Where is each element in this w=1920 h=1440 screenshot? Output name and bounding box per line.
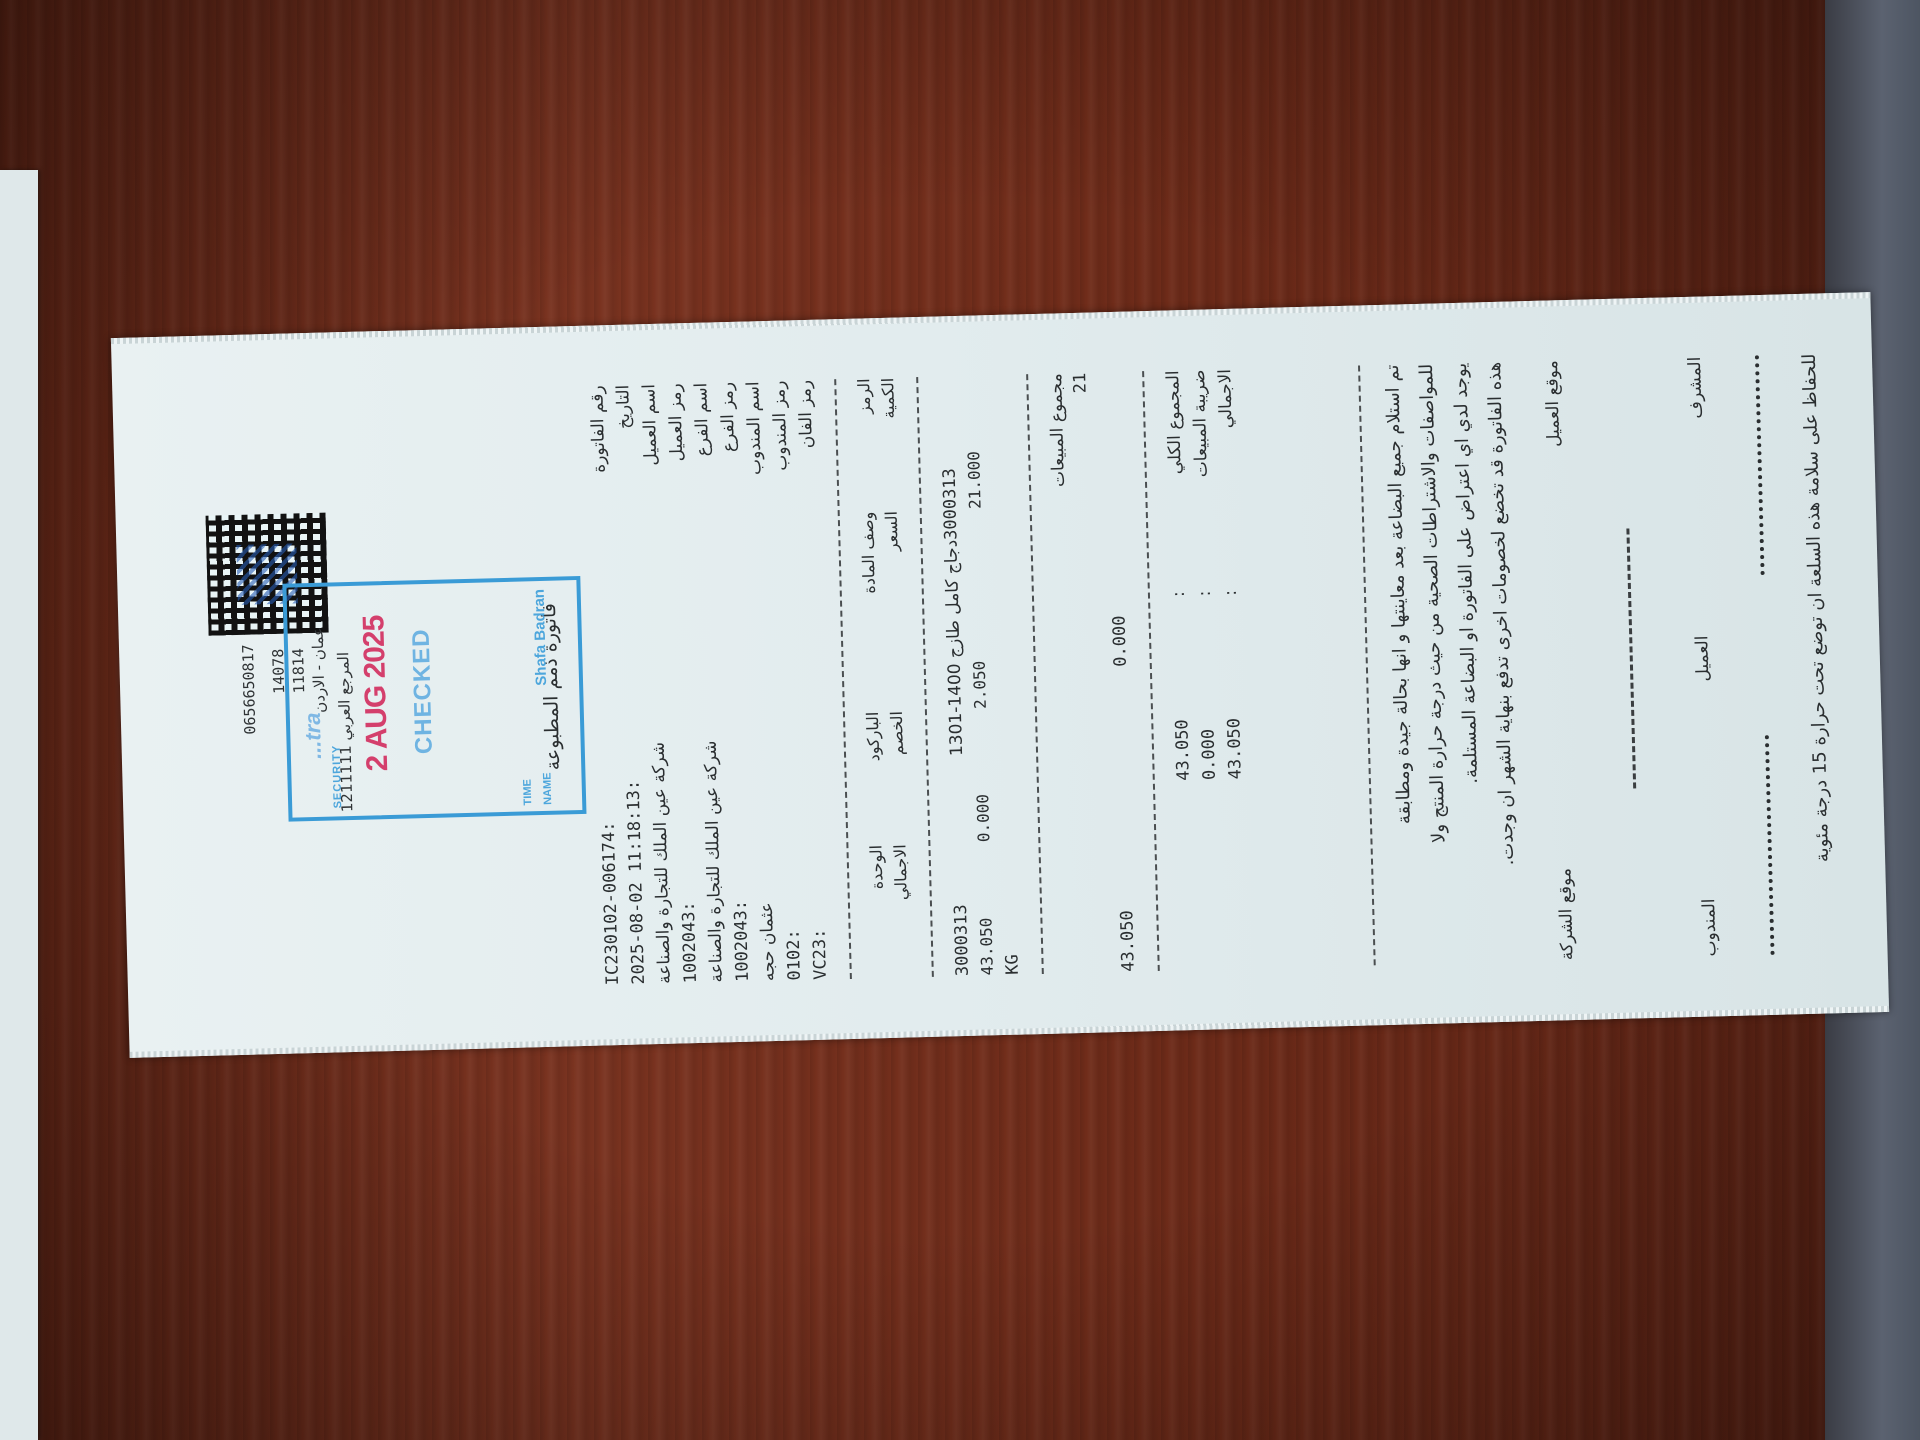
total-value: 43.050 (1167, 623, 1197, 782)
total-value: 0.000 (1193, 622, 1223, 781)
printed-number: 14078 (269, 648, 288, 694)
field-label: اسم العميل (636, 384, 664, 466)
adjacent-paper (0, 170, 38, 1440)
field-value: 1002043: (728, 900, 756, 983)
sig-customer: موقع العميل (1542, 360, 1564, 447)
summary-discount: 0.000 (1106, 615, 1133, 667)
field-label: رمز المندوب (766, 380, 794, 471)
field-label: اسم المندوب (740, 381, 768, 475)
summary-total: 43.050 (1114, 910, 1142, 972)
dotted-line (1755, 355, 1765, 575)
signature-roles: المشرف العميل المندوب (1685, 356, 1721, 956)
col-header: الكمية (876, 378, 903, 512)
col-header: الرمز (852, 378, 879, 512)
sig-client: العميل (1692, 635, 1713, 681)
stamp-name-value: Shafa Badran (531, 589, 551, 686)
total-value: 43.050 (1219, 621, 1249, 780)
divider (1358, 365, 1376, 965)
divider (1026, 374, 1044, 974)
field-label: رمز العميل (662, 383, 690, 462)
item-total: 43.050 (972, 842, 999, 976)
signature-dotted-lines (1755, 355, 1775, 955)
stamp-brand: ...tra (300, 712, 327, 759)
totals-block: المجموع الكلي: 43.050 ضريبة المبيعات: 0.… (1160, 369, 1254, 971)
field-value: VC23: (807, 928, 834, 980)
divider (834, 379, 852, 979)
signature-labels: موقع العميل موقع الشركة (1542, 360, 1578, 960)
printed-number: 11814 (289, 648, 308, 694)
storage-note: للحفاظ على سلامة هذه السلعة ان توضع تحت … (1799, 353, 1836, 953)
sig-receiver: المشرف (1685, 356, 1707, 418)
col-header: الوحدة (864, 845, 891, 979)
terms-text: تم استلام جميع البضاعة بعد معاينتها و ان… (1376, 361, 1528, 964)
perforated-edge (111, 292, 1871, 344)
receipt: ...tra SECURITY 2 AUG 2025 CHECKED TIME … (111, 292, 1889, 1058)
printed-phone: 0656650817 (239, 644, 259, 735)
field-label: رمز الفرع (714, 382, 742, 453)
total-label: الاجمالي (1212, 369, 1244, 591)
col-header: الباركود (861, 711, 888, 845)
sig-company: موقع الشركة (1555, 868, 1577, 961)
field-label: رمز الفان (792, 380, 820, 449)
dotted-line (1765, 735, 1775, 955)
printed-city: عمان - الاردن (309, 627, 329, 713)
signature-line (1626, 528, 1636, 788)
column-headers: الرمز وصف المادة الباركود الوحدة الكمية … (852, 378, 916, 979)
field-value: 1002043: (676, 901, 704, 984)
stamp-area: ...tra SECURITY 2 AUG 2025 CHECKED TIME … (112, 387, 548, 998)
field-value: 0102: (781, 929, 808, 981)
field-label: رقم الفاتورة (584, 385, 612, 473)
stamp-time-label: TIME (522, 779, 535, 806)
col-header: الخصم (885, 711, 912, 845)
field-label: التاريخ (610, 384, 637, 429)
header-fields: رقم الفاتورة IC230102-006174: التاريخ 20… (584, 380, 834, 986)
col-header: الاجمالي (888, 844, 915, 978)
divider (916, 377, 934, 977)
perforated-edge (130, 1006, 1890, 1058)
item-unit: KG (999, 954, 1026, 975)
item-discount: 0.000 (969, 709, 996, 843)
field-label: اسم الفرع (688, 382, 716, 456)
field-value: عثمان حجه (754, 902, 782, 981)
stamp-date: 2 AUG 2025 (357, 615, 395, 771)
stamp-name-label: NAME (541, 772, 554, 805)
stamp-status: CHECKED (408, 628, 439, 754)
item-line: 3000313 دجاج كامل طازج 1400-1301 3000313… (934, 375, 1026, 977)
item-quantity: 21.000 (960, 375, 987, 509)
divider (1142, 371, 1160, 971)
sig-salesman: المندوب (1699, 898, 1721, 957)
col-header: السعر (880, 511, 909, 712)
